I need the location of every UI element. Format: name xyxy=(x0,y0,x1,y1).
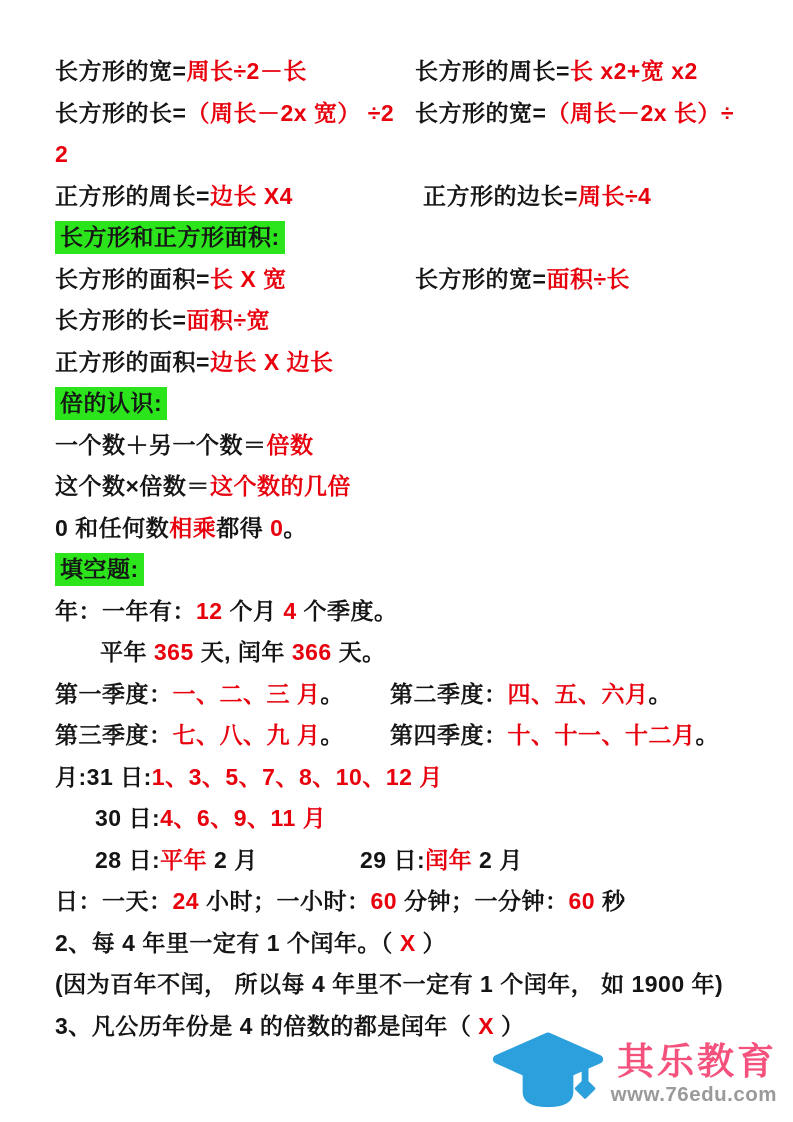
text-segment: 一个数＋另一个数＝ xyxy=(55,432,267,458)
logo-text: 其乐教育 www.76edu.com xyxy=(611,1041,777,1106)
doc-line-17: 第三季度：七、八、九 月。第四季度：十、十一、十二月。 xyxy=(55,715,777,757)
text-segment: 0 xyxy=(270,515,283,541)
doc-line-3: 2 xyxy=(55,134,777,176)
doc-line-6: 长方形的面积=长 X 宽长方形的宽=面积÷长 xyxy=(55,259,777,301)
text-segment: 长方形的宽= xyxy=(415,266,546,292)
doc-line-6-col2: 长方形的宽=面积÷长 xyxy=(415,259,630,301)
section-heading: 倍的认识: xyxy=(55,387,167,420)
brand-name: 其乐教育 xyxy=(617,1041,777,1084)
text-segment: 。 xyxy=(649,681,673,707)
doc-line-1: 长方形的宽=周长÷2－长长方形的周长=长 x2+宽 x2 xyxy=(55,51,777,93)
text-segment: 正方形的面积= xyxy=(55,349,210,375)
doc-line-14: 年：一年有：12 个月 4 个季度。 xyxy=(55,591,777,633)
text-segment: 都得 xyxy=(216,515,270,541)
text-segment: 长方形的面积= xyxy=(55,266,210,292)
text-segment: 年：一年有： xyxy=(55,598,196,624)
text-segment: 十、十一、十二月 xyxy=(508,722,696,748)
doc-line-8: 正方形的面积=边长 X 边长 xyxy=(55,342,777,384)
text-segment: 12 xyxy=(196,598,223,624)
text-segment: 分钟；一分钟： xyxy=(397,888,568,914)
text-segment: 长方形的宽= xyxy=(55,58,186,84)
text-segment: 。 xyxy=(320,681,344,707)
doc-line-20: 28 日:平年 2 月29 日:闰年 2 月 xyxy=(55,840,777,882)
text-segment: 1、3、5、7、8、10、12 月 xyxy=(152,764,443,790)
text-segment: 填空题: xyxy=(60,556,139,582)
text-segment: 2 月 xyxy=(472,847,523,873)
text-segment: 倍数 xyxy=(267,432,314,458)
doc-line-17-col2: 第四季度：十、十一、十二月。 xyxy=(390,715,719,757)
doc-line-11: 这个数×倍数＝这个数的几倍 xyxy=(55,466,777,508)
doc-line-21: 日：一天：24 小时；一小时：60 分钟；一分钟：60 秒 xyxy=(55,881,777,923)
text-segment: 2 xyxy=(55,141,68,167)
text-segment: 30 日: xyxy=(95,805,160,831)
text-segment: 平年 xyxy=(100,639,154,665)
text-segment: 第一季度： xyxy=(55,681,173,707)
text-segment: 366 xyxy=(292,639,332,665)
text-segment: 倍的认识: xyxy=(60,390,162,416)
text-segment: X xyxy=(400,930,416,956)
text-segment: 28 日: xyxy=(95,847,160,873)
text-segment: 四、五、六月 xyxy=(508,681,649,707)
graduation-cap-icon xyxy=(489,1031,607,1116)
text-segment: 60 xyxy=(568,888,595,914)
section-heading: 长方形和正方形面积: xyxy=(55,221,285,254)
text-segment: 这个数×倍数＝ xyxy=(55,473,210,499)
text-segment: 平年 xyxy=(160,847,207,873)
doc-line-23: (因为百年不闰， 所以每 4 年里不一定有 1 个闰年， 如 1900 年) xyxy=(55,964,777,1006)
text-segment: 日：一天： xyxy=(55,888,173,914)
text-segment: （周长－2x 长）÷ xyxy=(546,100,734,126)
text-segment: 正方形的边长= xyxy=(423,183,578,209)
section-heading: 填空题: xyxy=(55,553,144,586)
text-segment: 天, 闰年 xyxy=(194,639,292,665)
text-segment: ） xyxy=(416,930,446,956)
text-segment: 长方形的周长= xyxy=(415,58,570,84)
text-segment: 。 xyxy=(696,722,720,748)
doc-line-20-col2: 29 日:闰年 2 月 xyxy=(360,840,523,882)
text-segment: 长方形和正方形面积: xyxy=(60,224,280,250)
doc-line-19: 30 日:4、6、9、11 月 xyxy=(55,798,777,840)
text-segment: 闰年 xyxy=(425,847,472,873)
text-segment: 小时；一小时： xyxy=(199,888,370,914)
text-segment: 周长÷4 xyxy=(578,183,651,209)
doc-line-22: 2、每 4 年里一定有 1 个闰年。（ X ） xyxy=(55,923,777,965)
text-segment: 60 xyxy=(370,888,397,914)
text-segment: 4 xyxy=(283,598,296,624)
doc-line-13: 填空题: xyxy=(55,549,777,591)
text-segment: 周长÷2－长 xyxy=(186,58,306,84)
text-segment: 4、6、9、11 月 xyxy=(160,805,326,831)
site-url: www.76edu.com xyxy=(611,1084,777,1107)
text-segment: 面积÷长 xyxy=(546,266,630,292)
text-segment: 29 日: xyxy=(360,847,425,873)
doc-line-9: 倍的认识: xyxy=(55,383,777,425)
text-segment: 第四季度： xyxy=(390,722,508,748)
doc-line-2-col2: 长方形的宽=（周长－2x 长）÷ xyxy=(415,93,734,135)
text-segment: 正方形的周长= xyxy=(55,183,210,209)
doc-line-18: 月:31 日:1、3、5、7、8、10、12 月 xyxy=(55,757,777,799)
doc-line-5: 长方形和正方形面积: xyxy=(55,217,777,259)
text-segment: 长 x2+宽 x2 xyxy=(570,58,698,84)
text-segment: 天。 xyxy=(332,639,386,665)
text-segment: 长 X 宽 xyxy=(210,266,287,292)
text-segment: 七、八、九 月 xyxy=(173,722,321,748)
text-segment: 个月 xyxy=(223,598,284,624)
document-body: 长方形的宽=周长÷2－长长方形的周长=长 x2+宽 x2长方形的长=（周长－2x… xyxy=(55,51,777,1047)
text-segment: 长方形的长= xyxy=(55,100,186,126)
text-segment: 月:31 日: xyxy=(55,764,152,790)
text-segment: 这个数的几倍 xyxy=(210,473,351,499)
text-segment: 边长 X 边长 xyxy=(210,349,334,375)
doc-line-7: 长方形的长=面积÷宽 xyxy=(55,300,777,342)
text-segment: 3、凡公历年份是 4 的倍数的都是闰年（ xyxy=(55,1013,478,1039)
doc-line-4: 正方形的周长=边长 X4正方形的边长=周长÷4 xyxy=(55,176,777,218)
doc-line-15: 平年 365 天, 闰年 366 天。 xyxy=(55,632,777,674)
doc-line-1-col2: 长方形的周长=长 x2+宽 x2 xyxy=(415,51,698,93)
doc-line-12: 0 和任何数相乘都得 0。 xyxy=(55,508,777,550)
text-segment: 一、二、三 月 xyxy=(173,681,321,707)
text-segment: 2 月 xyxy=(207,847,258,873)
doc-line-4-col2: 正方形的边长=周长÷4 xyxy=(423,176,651,218)
doc-line-2: 长方形的长=（周长－2x 宽） ÷2长方形的宽=（周长－2x 长）÷ xyxy=(55,93,777,135)
text-segment: 面积÷宽 xyxy=(186,307,270,333)
site-logo: 其乐教育 www.76edu.com xyxy=(489,1031,777,1116)
text-segment: 长方形的宽= xyxy=(415,100,546,126)
text-segment: （周长－2x 宽） ÷2 xyxy=(186,100,394,126)
doc-line-16: 第一季度：一、二、三 月。第二季度：四、五、六月。 xyxy=(55,674,777,716)
text-segment: 。 xyxy=(320,722,344,748)
doc-line-10: 一个数＋另一个数＝倍数 xyxy=(55,425,777,467)
document-page: 长方形的宽=周长÷2－长长方形的周长=长 x2+宽 x2长方形的长=（周长－2x… xyxy=(0,0,793,1122)
text-segment: 24 xyxy=(173,888,200,914)
text-segment: (因为百年不闰， 所以每 4 年里不一定有 1 个闰年， 如 1900 年) xyxy=(55,971,723,997)
text-segment: 个季度。 xyxy=(297,598,398,624)
text-segment: 0 和任何数 xyxy=(55,515,169,541)
text-segment: 秒 xyxy=(595,888,625,914)
text-segment: 第二季度： xyxy=(390,681,508,707)
text-segment: 边长 X4 xyxy=(210,183,293,209)
text-segment: 长方形的长= xyxy=(55,307,186,333)
text-segment: 相乘 xyxy=(169,515,216,541)
text-segment: 。 xyxy=(283,515,307,541)
text-segment: 2、每 4 年里一定有 1 个闰年。（ xyxy=(55,930,400,956)
text-segment: 第三季度： xyxy=(55,722,173,748)
doc-line-16-col2: 第二季度：四、五、六月。 xyxy=(390,674,672,716)
text-segment: 365 xyxy=(154,639,194,665)
